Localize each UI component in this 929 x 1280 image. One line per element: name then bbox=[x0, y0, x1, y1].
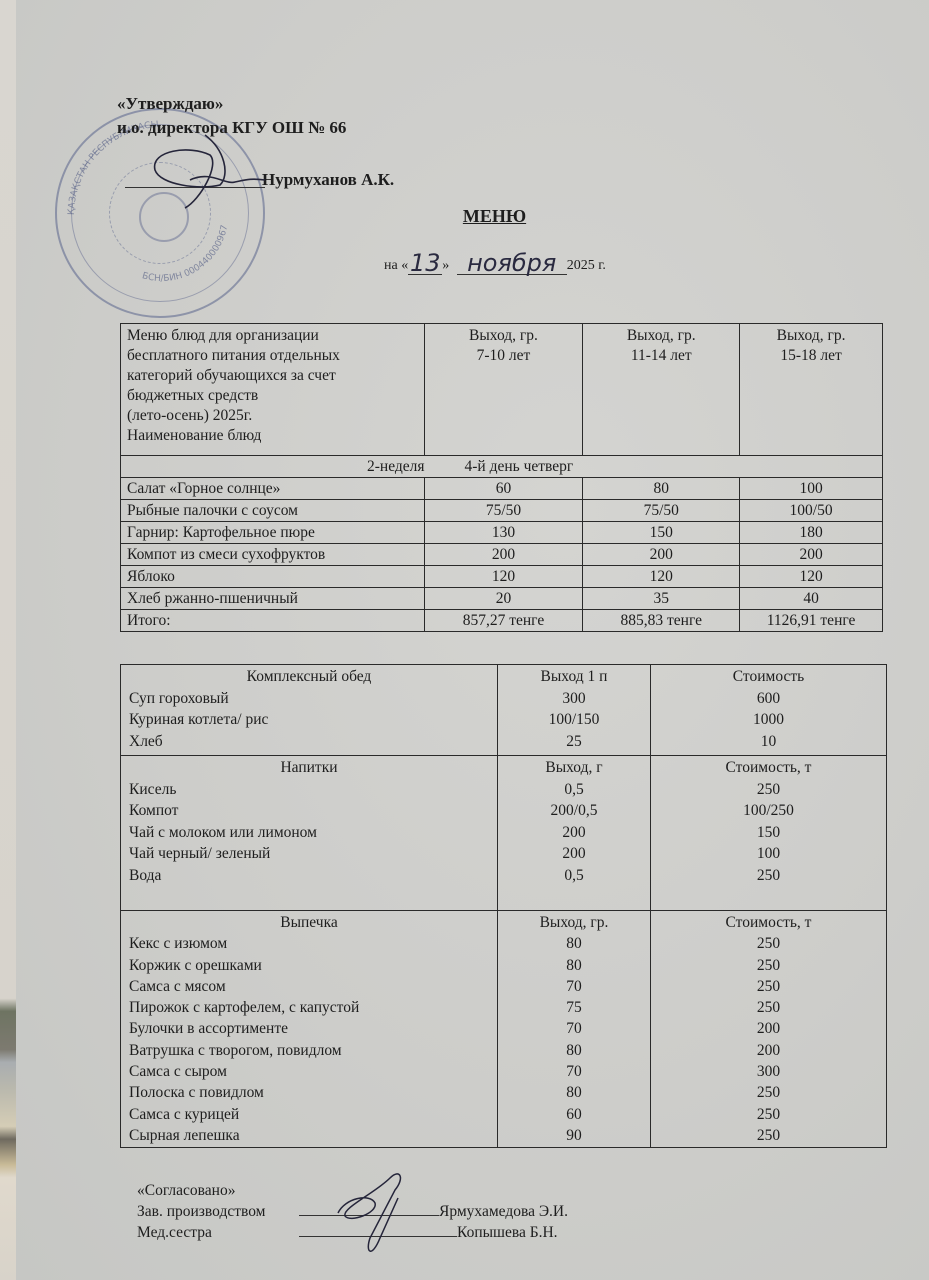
approval-position: и.о. директора КГУ ОШ № 66 bbox=[117, 116, 346, 140]
table-row: Гарнир: Картофельное пюре130150180 bbox=[121, 522, 883, 544]
item-output: 0,5 bbox=[504, 865, 644, 887]
signatory-production: Зав. производствомЯрмухамедова Э.И. bbox=[137, 1201, 568, 1222]
item-name: Кекс с изюмом bbox=[127, 933, 491, 954]
item-output: 70 bbox=[504, 976, 644, 997]
item-output: 200 bbox=[504, 822, 644, 844]
item-name: Полоска с повидлом bbox=[127, 1082, 491, 1103]
item-output: 0,5 bbox=[504, 779, 644, 801]
price-header: Стоимость bbox=[657, 666, 880, 688]
item-price: 250 bbox=[657, 933, 880, 954]
output-7-10: 130 bbox=[424, 522, 583, 544]
dish-name: Гарнир: Картофельное пюре bbox=[121, 522, 425, 544]
item-price: 1000 bbox=[657, 709, 880, 731]
item-price: 200 bbox=[657, 1040, 880, 1061]
item-price: 100/250 bbox=[657, 800, 880, 822]
item-price: 300 bbox=[657, 1061, 880, 1082]
price-header: Стоимость, т bbox=[657, 757, 880, 779]
item-price: 10 bbox=[657, 731, 880, 753]
date-month: ноября bbox=[457, 252, 567, 275]
item-name: Кисель bbox=[127, 779, 491, 801]
item-price: 250 bbox=[657, 1104, 880, 1125]
total-7-10: 857,27 тенге bbox=[424, 610, 583, 632]
director-signature-line bbox=[125, 187, 265, 188]
output-11-14: 120 bbox=[583, 566, 740, 588]
item-output: 80 bbox=[504, 1040, 644, 1061]
item-name: Чай черный/ зеленый bbox=[127, 843, 491, 865]
item-price: 250 bbox=[657, 955, 880, 976]
week-label: 2-неделя bbox=[367, 456, 425, 477]
dish-name: Компот из смеси сухофруктов bbox=[121, 544, 425, 566]
output-15-18: 180 bbox=[740, 522, 883, 544]
item-output: 300 bbox=[504, 688, 644, 710]
item-output: 75 bbox=[504, 997, 644, 1018]
item-name: Пирожок с картофелем, с капустой bbox=[127, 997, 491, 1018]
item-price: 250 bbox=[657, 976, 880, 997]
output-11-14: 35 bbox=[583, 588, 740, 610]
approval-block: «Утверждаю» и.о. директора КГУ ОШ № 66 bbox=[117, 92, 346, 140]
output-11-14: 200 bbox=[583, 544, 740, 566]
total-15-18: 1126,91 тенге bbox=[740, 610, 883, 632]
menu-section-1: Комплексный обедСуп гороховыйКуриная кот… bbox=[121, 665, 887, 756]
item-name: Куриная котлета/ рис bbox=[127, 709, 491, 731]
output-header: Выход 1 п bbox=[504, 666, 644, 688]
price-header: Стоимость, т bbox=[657, 912, 880, 933]
item-name: Коржик с орешками bbox=[127, 955, 491, 976]
output-15-18: 200 bbox=[740, 544, 883, 566]
item-price: 250 bbox=[657, 1125, 880, 1146]
svg-text:БСН/БИН 000440000967: БСН/БИН 000440000967 bbox=[141, 224, 230, 284]
week-day-row: 2-неделя4-й день четверг bbox=[121, 456, 883, 478]
section-title: Комплексный обед bbox=[127, 666, 491, 688]
page-title: МЕНЮ bbox=[0, 206, 929, 227]
output-15-18: 120 bbox=[740, 566, 883, 588]
output-11-14: 75/50 bbox=[583, 500, 740, 522]
approval-label: «Утверждаю» bbox=[117, 92, 346, 116]
signatory-nurse: Мед.сестраКопышева Б.Н. bbox=[137, 1222, 568, 1243]
item-name: Вода bbox=[127, 865, 491, 887]
item-name: Сырная лепешка bbox=[127, 1125, 491, 1146]
item-name: Булочки в ассортименте bbox=[127, 1018, 491, 1039]
output-15-18: 40 bbox=[740, 588, 883, 610]
section-title: Напитки bbox=[127, 757, 491, 779]
signature-line bbox=[299, 1222, 457, 1237]
item-output: 80 bbox=[504, 955, 644, 976]
item-name: Суп гороховый bbox=[127, 688, 491, 710]
item-price: 250 bbox=[657, 1082, 880, 1103]
header-col-11-14: Выход, гр. 11-14 лет bbox=[583, 324, 740, 456]
day-label: 4-й день четверг bbox=[465, 456, 574, 477]
item-price: 250 bbox=[657, 865, 880, 887]
item-price: 100 bbox=[657, 843, 880, 865]
item-name: Чай с молоком или лимоном bbox=[127, 822, 491, 844]
item-price: 200 bbox=[657, 1018, 880, 1039]
table-row: Компот из смеси сухофруктов200200200 bbox=[121, 544, 883, 566]
item-output: 25 bbox=[504, 731, 644, 753]
item-name: Самса с курицей bbox=[127, 1104, 491, 1125]
menu-date: на «13» ноября2025 г. bbox=[384, 252, 606, 275]
item-output: 70 bbox=[504, 1061, 644, 1082]
item-price: 150 bbox=[657, 822, 880, 844]
item-name: Самса с сыром bbox=[127, 1061, 491, 1082]
dish-name: Яблоко bbox=[121, 566, 425, 588]
output-7-10: 20 bbox=[424, 588, 583, 610]
section-title: Выпечка bbox=[127, 912, 491, 933]
total-11-14: 885,83 тенге bbox=[583, 610, 740, 632]
menu-section-3: ВыпечкаКекс с изюмомКоржик с орешкамиСам… bbox=[121, 911, 887, 1148]
item-name: Хлеб bbox=[127, 731, 491, 753]
header-col-15-18: Выход, гр. 15-18 лет bbox=[740, 324, 883, 456]
output-11-14: 80 bbox=[583, 478, 740, 500]
table-row: Рыбные палочки с соусом75/5075/50100/50 bbox=[121, 500, 883, 522]
director-name: Нурмуханов А.К. bbox=[262, 170, 394, 190]
item-price: 250 bbox=[657, 997, 880, 1018]
item-name: Компот bbox=[127, 800, 491, 822]
item-output: 100/150 bbox=[504, 709, 644, 731]
item-output: 80 bbox=[504, 933, 644, 954]
agreement-block: «Согласовано» Зав. производствомЯрмухаме… bbox=[137, 1181, 568, 1243]
table-row: Хлеб ржанно-пшеничный203540 bbox=[121, 588, 883, 610]
output-7-10: 120 bbox=[424, 566, 583, 588]
signature-line bbox=[299, 1201, 439, 1216]
dish-name: Салат «Горное солнце» bbox=[121, 478, 425, 500]
paid-menu-table: Комплексный обедСуп гороховыйКуриная кот… bbox=[120, 664, 887, 1148]
item-output: 200 bbox=[504, 843, 644, 865]
dish-name: Хлеб ржанно-пшеничный bbox=[121, 588, 425, 610]
output-11-14: 150 bbox=[583, 522, 740, 544]
header-description: Меню блюд для организации бесплатного пи… bbox=[121, 324, 425, 456]
item-price: 250 bbox=[657, 779, 880, 801]
table-row: Яблоко120120120 bbox=[121, 566, 883, 588]
total-label: Итого: bbox=[121, 610, 425, 632]
total-row: Итого: 857,27 тенге 885,83 тенге 1126,91… bbox=[121, 610, 883, 632]
table-row: Салат «Горное солнце»6080100 bbox=[121, 478, 883, 500]
header-col-7-10: Выход, гр. 7-10 лет bbox=[424, 324, 583, 456]
output-7-10: 60 bbox=[424, 478, 583, 500]
item-output: 90 bbox=[504, 1125, 644, 1146]
output-header: Выход, г bbox=[504, 757, 644, 779]
output-7-10: 75/50 bbox=[424, 500, 583, 522]
output-15-18: 100/50 bbox=[740, 500, 883, 522]
item-output: 60 bbox=[504, 1104, 644, 1125]
output-7-10: 200 bbox=[424, 544, 583, 566]
date-day: 13 bbox=[408, 252, 442, 275]
item-output: 70 bbox=[504, 1018, 644, 1039]
menu-section-2: НапиткиКисельКомпотЧай с молоком или лим… bbox=[121, 756, 887, 911]
item-price: 600 bbox=[657, 688, 880, 710]
photo-background-edge bbox=[0, 0, 16, 1280]
daily-menu-table: Меню блюд для организации бесплатного пи… bbox=[120, 323, 883, 632]
item-name: Самса с мясом bbox=[127, 976, 491, 997]
item-output: 80 bbox=[504, 1082, 644, 1103]
agreement-label: «Согласовано» bbox=[137, 1181, 568, 1201]
output-15-18: 100 bbox=[740, 478, 883, 500]
item-output: 200/0,5 bbox=[504, 800, 644, 822]
item-name: Ватрушка с творогом, повидлом bbox=[127, 1040, 491, 1061]
dish-name: Рыбные палочки с соусом bbox=[121, 500, 425, 522]
output-header: Выход, гр. bbox=[504, 912, 644, 933]
table-header-row: Меню блюд для организации бесплатного пи… bbox=[121, 324, 883, 456]
